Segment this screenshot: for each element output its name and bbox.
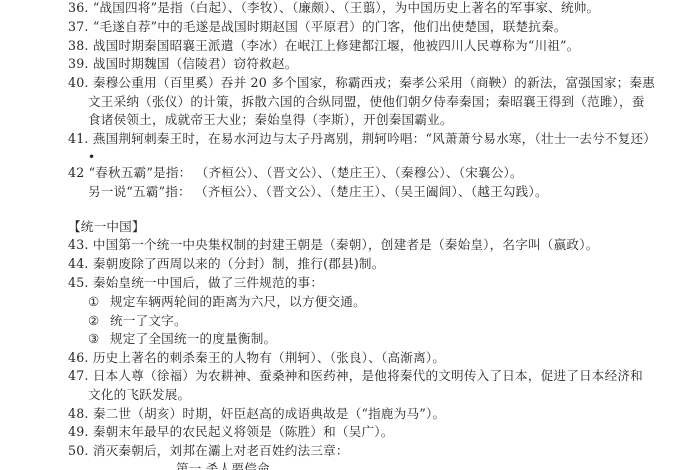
document-page: 36. “战国四将”是指（白起）、（李牧）、（廉颇）、（王翦），为中国历史上著名… bbox=[0, 0, 700, 470]
bullet-dot: • bbox=[88, 149, 95, 165]
item-40-line1: 40. 秦穆公重用（百里奚）吞并 20 多个国家，称霸西戎；秦孝公采用（商鞅）的… bbox=[68, 75, 655, 91]
item-40-line2: 文王采纳（张仪）的计策，拆散六国的合纵同盟，使他们朝夕侍奉秦国；秦昭襄王得到（范… bbox=[88, 94, 645, 110]
item-47-line1: 47. 日本人尊（徐福）为农耕神、蚕桑神和医药神，是他将秦代的文明传入了日本，促… bbox=[68, 368, 643, 384]
item-40-line3: 食诸侯领土，成就帝王大业；秦始皇得（李斯），开创秦国霸业。 bbox=[88, 112, 453, 128]
item-36: 36. “战国四将”是指（白起）、（李牧）、（廉颇）、（王翦），为中国历史上著名… bbox=[68, 0, 599, 16]
sub-item-text: 规定车辆两轮间的距离为六尺，以方便交通。 bbox=[110, 294, 366, 309]
item-45-sub-1: ①规定车辆两轮间的距离为六尺，以方便交通。 bbox=[88, 294, 366, 310]
circled-number-1: ① bbox=[88, 294, 110, 310]
item-46: 46. 历史上著名的刺杀秦王的人物有（荆轲）、（张良）、（高渐离）。 bbox=[68, 350, 445, 366]
item-39: 39. 战国时期魏国（信陵君）窃符救赵。 bbox=[68, 56, 298, 72]
item-38: 38. 战国时期秦国昭襄王派遣（李冰）在岷江上修建都江堰，他被四川人民尊称为“川… bbox=[68, 38, 579, 54]
item-37: 37. “毛遂自荐”中的毛遂是战国时期赵国（平原君）的门客，他们出使楚国，联楚抗… bbox=[68, 19, 567, 35]
section-header: 【统一中国】 bbox=[68, 219, 145, 235]
circled-number-2: ② bbox=[88, 313, 110, 329]
item-50: 50. 消灭秦朝后，刘邦在灞上对老百姓约法三章： bbox=[68, 443, 349, 459]
sub-item-text: 规定了全国统一的度量衡制。 bbox=[110, 331, 276, 346]
circled-number-3: ③ bbox=[88, 331, 110, 347]
item-45: 45. 秦始皇统一中国后，做了三件规范的事： bbox=[68, 275, 323, 291]
item-43: 43. 中国第一个统一中央集权制的封建王朝是（秦朝），创建者是（秦始皇），名字叫… bbox=[68, 237, 598, 253]
item-49: 49. 秦朝末年最早的农民起义将领是（陈胜）和（吴广）。 bbox=[68, 424, 394, 440]
item-44: 44. 秦朝废除了西周以来的（分封）制，推行(郡县)制。 bbox=[68, 256, 385, 272]
item-45-sub-2: ②统一了文字。 bbox=[88, 313, 187, 329]
item-41: 41. 燕国荆轲刺秦王时，在易水河边与太子丹离别，荆轲吟唱：“风萧萧兮易水寒，（… bbox=[68, 131, 656, 147]
item-47-line2: 文化的飞跃发展。 bbox=[88, 387, 190, 403]
sub-item-text: 统一了文字。 bbox=[110, 313, 187, 328]
item-42-line1: 42 “春秋五霸”是指： （齐桓公）、（晋文公）、（楚庄王）、（秦穆公）、（宋襄… bbox=[68, 165, 523, 181]
item-45-sub-3: ③规定了全国统一的度量衡制。 bbox=[88, 331, 276, 347]
item-48: 48. 秦二世（胡亥）时期，奸臣赵高的成语典故是（“指鹿为马”）。 bbox=[68, 406, 445, 422]
item-50-sub-1: 第一 杀人要偿命。 bbox=[176, 461, 283, 470]
item-42-line2: 另一说“五霸”指： （齐桓公）、（晋文公）、（楚庄王）、（吴王阖闾）、（越王勾践… bbox=[88, 184, 548, 200]
